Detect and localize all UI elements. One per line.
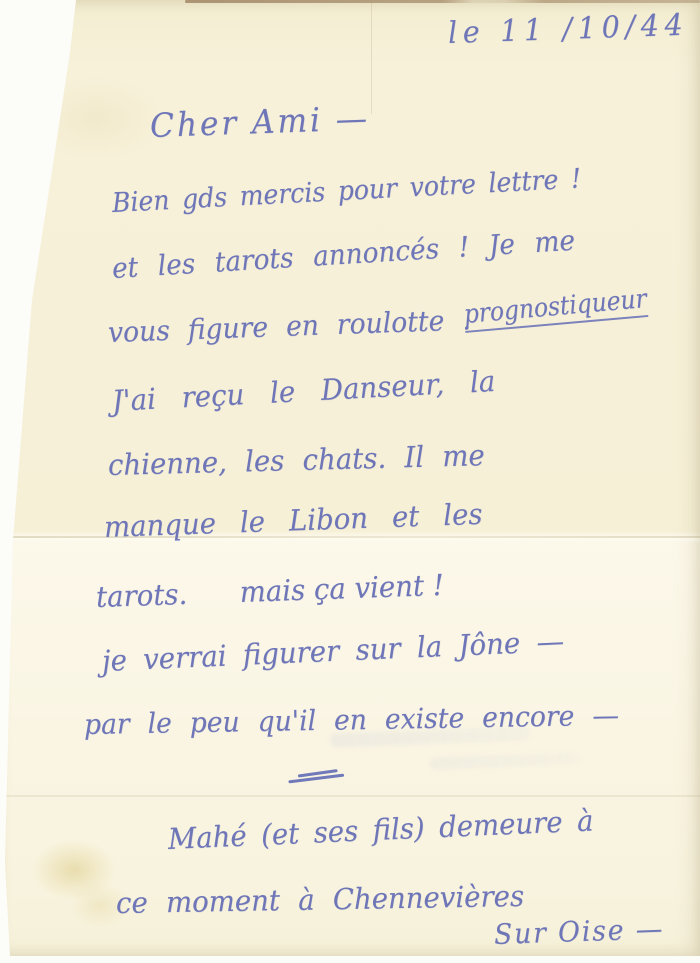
body-line: et les tarots annoncés ! Je me [111, 224, 576, 285]
letter-paper: le 11 /10/44 Cher Ami — Bien gds mercis … [0, 0, 700, 958]
date-line: le 11 /10/44 [447, 8, 689, 51]
fold-crease-vertical [371, 2, 372, 114]
divider-double-dash-mark [288, 769, 344, 782]
scan-top-edge-line [185, 0, 700, 3]
underlined-word: prognostiqueur [463, 284, 649, 333]
body-line: J'ai reçu le Danseur, la [111, 364, 496, 418]
body-line: Sur Oise — [493, 912, 664, 951]
body-line: chienne, les chats. Il me [108, 438, 486, 482]
body-line: vous figure en roulotte . [107, 303, 471, 349]
body-line: ce moment à Chennevières [116, 879, 525, 920]
scanned-letter: le 11 /10/44 Cher Ami — Bien gds mercis … [0, 0, 700, 963]
dash-stroke [288, 773, 344, 783]
body-line: je verrai figurer sur la Jône — [101, 624, 564, 678]
body-line: tarots. mais ça vient ! [95, 568, 444, 614]
body-line: par le peu qu'il en existe encore — [84, 699, 619, 741]
ink-showthrough-mark [430, 752, 580, 769]
body-line: Mahé (et ses fils) demeure à [167, 803, 594, 856]
salutation-line: Cher Ami — [149, 98, 370, 145]
body-line: Bien gds mercis pour votre lettre ! [111, 163, 582, 219]
fold-crease-horizontal-2 [0, 795, 700, 797]
